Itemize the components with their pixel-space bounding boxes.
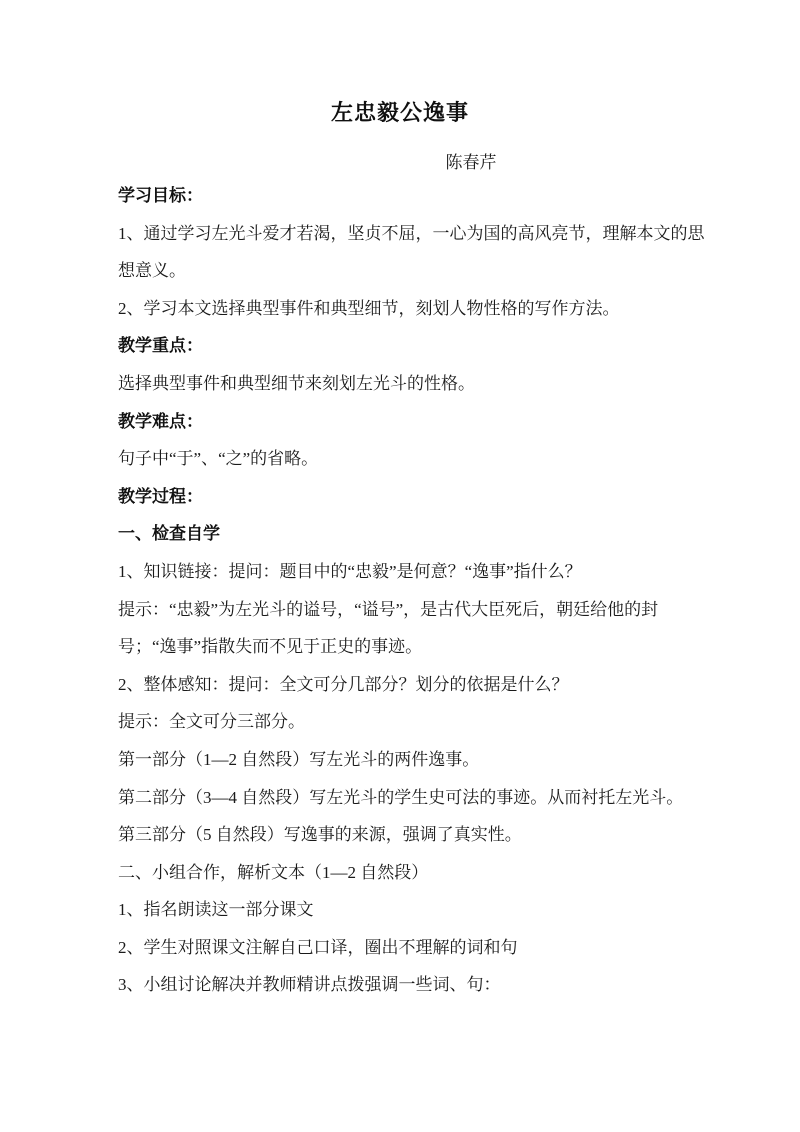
heading-line: 教学重点： — [118, 327, 682, 365]
paragraph-line: 句子中“于”、“之”的省略。 — [118, 440, 682, 478]
paragraph-line: 选择典型事件和典型细节来刻划左光斗的性格。 — [118, 365, 682, 403]
paragraph-line: 1、通过学习左光斗爱才若渴，坚贞不屈，一心为国的高风亮节，理解本文的思 — [118, 215, 682, 253]
paragraph-line: 2、整体感知：提问：全文可分几部分？划分的依据是什么？ — [118, 666, 682, 704]
paragraph-line: 想意义。 — [118, 252, 682, 290]
document-title: 左忠毅公逸事 — [118, 99, 682, 127]
heading-line: 教学难点： — [118, 403, 682, 441]
paragraph-line: 第一部分（1—2 自然段）写左光斗的两件逸事。 — [118, 741, 682, 779]
paragraph-line: 2、学习本文选择典型事件和典型细节，刻划人物性格的写作方法。 — [118, 290, 682, 328]
document-page: 左忠毅公逸事 陈春芹 学习目标：1、通过学习左光斗爱才若渴，坚贞不屈，一心为国的… — [0, 0, 800, 1132]
paragraph-line: 2、学生对照课文注解自己口译，圈出不理解的词和句 — [118, 929, 682, 967]
paragraph-line: 1、知识链接：提问：题目中的“忠毅”是何意？“逸事”指什么？ — [118, 553, 682, 591]
heading-line: 一、检查自学 — [118, 515, 682, 553]
document-body: 学习目标：1、通过学习左光斗爱才若渴，坚贞不屈，一心为国的高风亮节，理解本文的思… — [118, 177, 682, 1004]
paragraph-line: 号；“逸事”指散失而不见于正史的事迹。 — [118, 628, 682, 666]
paragraph-line: 提示：全文可分三部分。 — [118, 703, 682, 741]
heading-line: 学习目标： — [118, 177, 682, 215]
paragraph-line: 提示：“忠毅”为左光斗的谥号，“谥号”，是古代大臣死后，朝廷给他的封 — [118, 591, 682, 629]
paragraph-line: 3、小组讨论解决并教师精讲点拨强调一些词、句： — [118, 966, 682, 1004]
paragraph-line: 第二部分（3—4 自然段）写左光斗的学生史可法的事迹。从而衬托左光斗。 — [118, 779, 682, 817]
paragraph-line: 二、小组合作，解析文本（1—2 自然段） — [118, 854, 682, 892]
heading-line: 教学过程： — [118, 478, 682, 516]
document-author: 陈春芹 — [189, 153, 753, 173]
paragraph-line: 1、指名朗读这一部分课文 — [118, 891, 682, 929]
paragraph-line: 第三部分（5 自然段）写逸事的来源，强调了真实性。 — [118, 816, 682, 854]
